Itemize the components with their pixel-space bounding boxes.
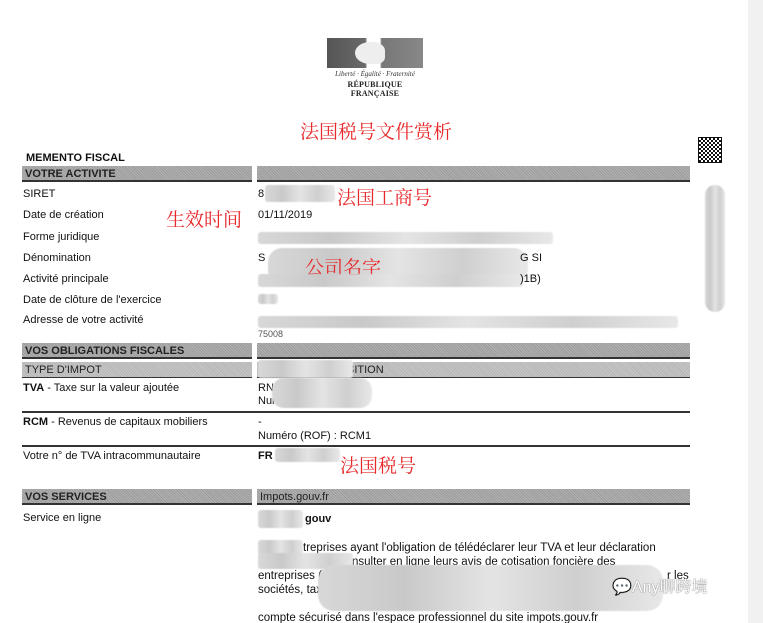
label-date-cloture: Date de clôture de l'exercice xyxy=(23,294,161,306)
label-rcm-code: RCM xyxy=(23,416,48,428)
services-para-line3: entreprises ( xyxy=(258,569,322,584)
value-denomination: S xyxy=(258,252,265,264)
label-date-creation: Date de création xyxy=(23,209,104,221)
divider xyxy=(22,411,690,413)
annotation-tva: 法国税号 xyxy=(340,451,416,478)
redacted-forme-juridique xyxy=(258,232,553,244)
label-tva-code: TVA xyxy=(23,382,44,394)
value-siret: 8 xyxy=(258,188,264,200)
label-tva-text: - Taxe sur la valeur ajoutée xyxy=(44,382,179,394)
value-rcm-numero: Numéro (ROF) : RCM1 xyxy=(258,430,371,442)
label-tva-intracom: Votre n° de TVA intracommunautaire xyxy=(23,450,201,462)
redacted-date-cloture xyxy=(258,294,278,304)
value-activite-tail: )1B) xyxy=(520,273,541,285)
services-para-line1: treprises ayant l'obligation de télédécl… xyxy=(303,541,656,556)
logo-name: RÉPUBLIQUE FRANÇAISE xyxy=(327,80,423,98)
services-site-header: Impots.gouv.fr xyxy=(257,489,690,505)
section-heading-obligations-right xyxy=(257,343,690,359)
divider xyxy=(22,445,690,447)
section-heading-activite-right xyxy=(257,166,690,182)
label-rcm: RCM - Revenus de capitaux mobiliers xyxy=(23,416,208,428)
datamatrix-code-icon xyxy=(698,137,722,163)
value-tva-intracom: FR xyxy=(258,450,273,462)
section-heading-services: VOS SERVICES xyxy=(22,489,252,505)
document-title: MEMENTO FISCAL xyxy=(26,152,125,164)
value-rcm-regime: - xyxy=(258,416,262,428)
redacted-margin xyxy=(705,185,725,312)
redacted-service xyxy=(258,510,303,528)
watermark: 💬Any聊跨境 xyxy=(612,574,708,597)
wechat-icon: 💬 xyxy=(612,579,632,596)
page-margin-strip xyxy=(748,0,763,623)
redacted-siret xyxy=(265,185,335,202)
label-forme-juridique: Forme juridique xyxy=(23,231,99,243)
label-rcm-text: - Revenus de capitaux mobiliers xyxy=(48,416,208,428)
services-para-line6: compte sécurisé dans l'espace profession… xyxy=(258,611,598,623)
republique-francaise-logo: Liberté · Égalité · Fraternité RÉPUBLIQU… xyxy=(327,38,423,94)
value-denomination-tail: G SI xyxy=(520,252,542,264)
label-service-en-ligne: Service en ligne xyxy=(23,512,101,524)
logo-motto: Liberté · Égalité · Fraternité xyxy=(327,70,423,78)
redacted-activite xyxy=(258,274,523,287)
redacted-col-header xyxy=(258,360,353,378)
section-heading-obligations: VOS OBLIGATIONS FISCALES xyxy=(22,343,252,359)
value-adresse-line2: 75008 xyxy=(258,329,283,339)
annotation-date: 生效时间 xyxy=(166,205,242,232)
marianne-icon xyxy=(327,38,423,68)
section-heading-activite: VOTRE ACTIVITE xyxy=(22,166,252,182)
redacted-tva-intracom xyxy=(275,448,340,462)
value-date-creation: 01/11/2019 xyxy=(258,209,312,221)
annotation-siret: 法国工商号 xyxy=(337,183,432,210)
watermark-text: Any聊跨境 xyxy=(632,579,708,596)
label-tva: TVA - Taxe sur la valeur ajoutée xyxy=(23,382,179,394)
redacted-adresse xyxy=(258,316,678,328)
value-service: gouv xyxy=(305,513,331,525)
label-adresse: Adresse de votre activité xyxy=(23,314,143,326)
label-denomination: Dénomination xyxy=(23,252,91,264)
label-activite-principale: Activité principale xyxy=(23,273,109,285)
label-siret: SIRET xyxy=(23,188,55,200)
col-header-type-impot: TYPE D'IMPOT xyxy=(22,362,252,378)
redacted-tva xyxy=(272,378,372,408)
annotation-title: 法国税号文件赏析 xyxy=(300,117,452,144)
